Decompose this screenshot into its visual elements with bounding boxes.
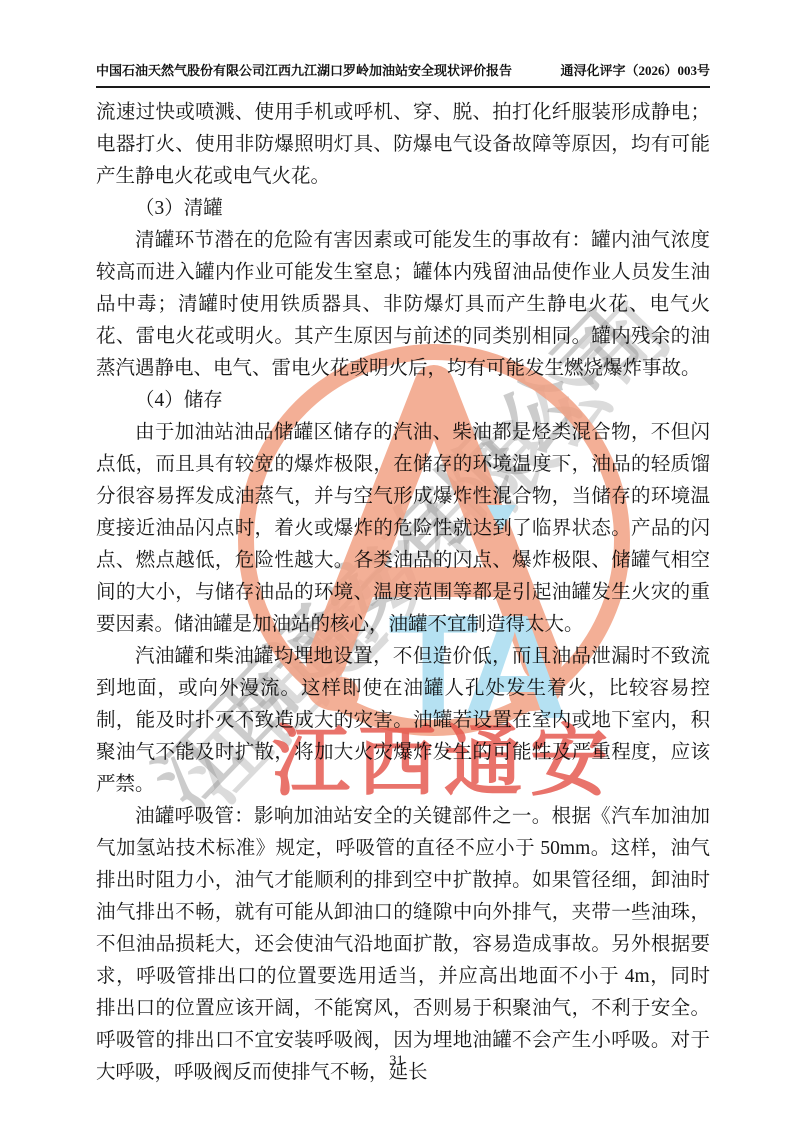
section-heading: （3）清罐 xyxy=(96,193,710,225)
paragraph: 清罐环节潜在的危险有害因素或可能发生的事故有：罐内油气浓度较高而进入罐内作业可能… xyxy=(96,225,710,385)
header-rule xyxy=(96,86,710,88)
header-report-title: 中国石油天然气股份有限公司江西九江湖口罗岭加油站安全现状评价报告 xyxy=(96,60,512,79)
header-doc-number: 通浔化评字（2026）003号 xyxy=(560,60,710,79)
paragraph: 汽油罐和柴油罐均埋地设置，不但造价低，而且油品泄漏时不致流到地面，或向外漫流。这… xyxy=(96,641,710,801)
paragraph: 流速过快或喷溅、使用手机或呼机、穿、脱、拍打化纤服装形成静电；电器打火、使用非防… xyxy=(96,97,710,193)
page-header: 中国石油天然气股份有限公司江西九江湖口罗岭加油站安全现状评价报告 通浔化评字（2… xyxy=(96,60,710,79)
paragraph: 油罐呼吸管：影响加油站安全的关键部件之一。根据《汽车加油加气加氢站技术标准》规定… xyxy=(96,801,710,1089)
document-page: 中国石油天然气股份有限公司江西九江湖口罗岭加油站安全现状评价报告 通浔化评字（2… xyxy=(0,0,793,1122)
section-heading: （4）储存 xyxy=(96,385,710,417)
document-body: 流速过快或喷溅、使用手机或呼机、穿、脱、拍打化纤服装形成静电；电器打火、使用非防… xyxy=(96,97,710,1089)
page-number: 31 xyxy=(0,1053,793,1070)
paragraph: 由于加油站油品储罐区储存的汽油、柴油都是烃类混合物，不但闪点低，而且具有较宽的爆… xyxy=(96,417,710,641)
